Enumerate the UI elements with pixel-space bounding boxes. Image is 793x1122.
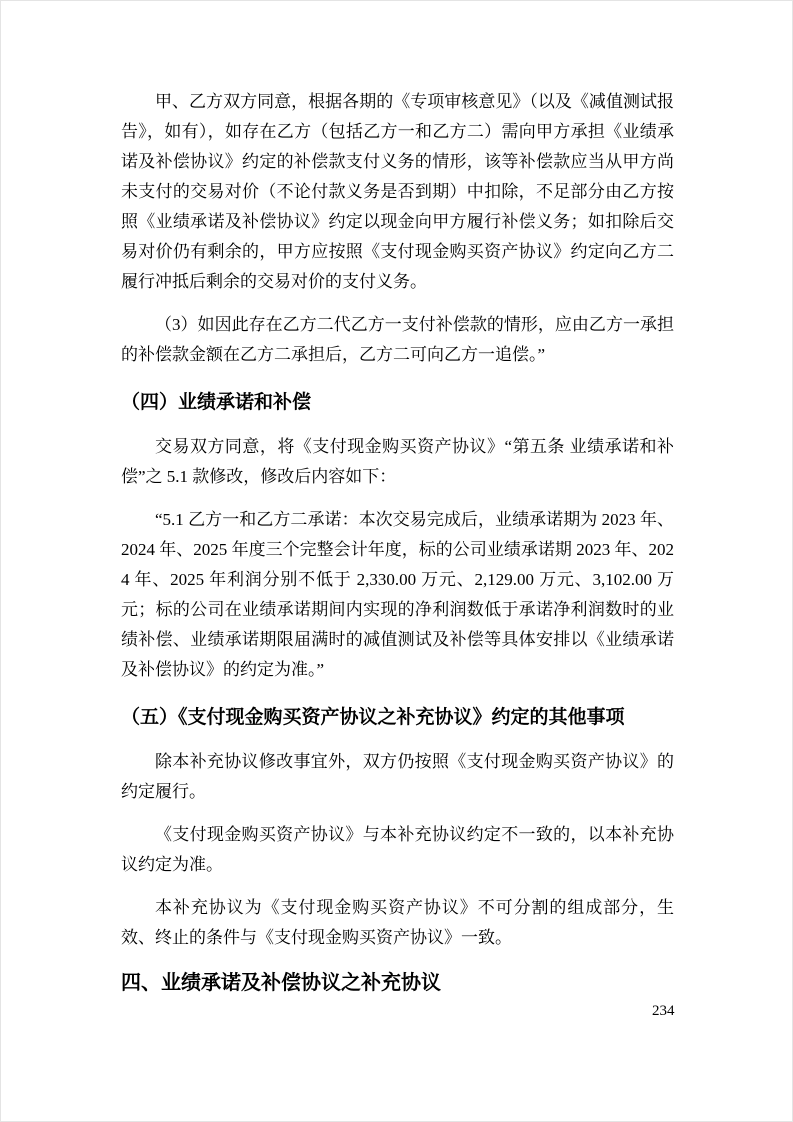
paragraph-remaining-terms: 除本补充协议修改事宜外，双方仍按照《支付现金购买资产协议》的约定履行。 <box>121 747 674 807</box>
heading-section-four-supplement-agreement: 四、业绩承诺及补偿协议之补充协议 <box>121 966 674 1000</box>
paragraph-clause-5-1: “5.1 乙方一和乙方二承诺：本次交易完成后，业绩承诺期为 2023 年、202… <box>121 505 674 685</box>
page-number: 234 <box>652 1002 675 1020</box>
document-content: 甲、乙方双方同意，根据各期的《专项审核意见》（以及《减值测试报告》，如有），如存… <box>121 87 674 1000</box>
heading-section-4-performance-commitment: （四）业绩承诺和补偿 <box>121 387 674 419</box>
paragraph-item-3-recourse: （3）如因此存在乙方二代乙方一支付补偿款的情形，应由乙方一承担的补偿款金额在乙方… <box>121 310 674 370</box>
paragraph-amendment-intro: 交易双方同意，将《支付现金购买资产协议》“第五条 业绩承诺和补偿”之 5.1 款… <box>121 432 674 492</box>
document-page: 甲、乙方双方同意，根据各期的《专项审核意见》（以及《减值测试报告》，如有），如存… <box>0 0 793 1122</box>
paragraph-compensation-deduction: 甲、乙方双方同意，根据各期的《专项审核意见》（以及《减值测试报告》，如有），如存… <box>121 87 674 297</box>
paragraph-integral-part: 本补充协议为《支付现金购买资产协议》不可分割的组成部分，生效、终止的条件与《支付… <box>121 893 674 953</box>
paragraph-conflict-resolution: 《支付现金购买资产协议》与本补充协议约定不一致的，以本补充协议约定为准。 <box>121 820 674 880</box>
heading-section-5-other-matters: （五）《支付现金购买资产协议之补充协议》约定的其他事项 <box>121 702 674 734</box>
